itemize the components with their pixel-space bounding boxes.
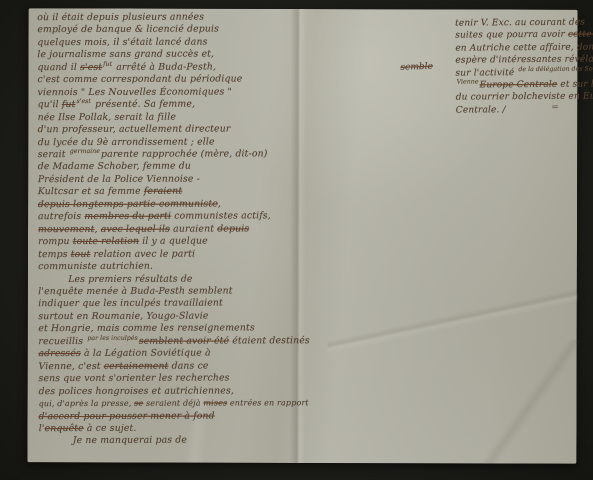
handwritten-text: qu'il xyxy=(38,99,62,110)
photo-of-manuscript: où il était depuis plusieurs annéesemplo… xyxy=(0,0,593,480)
struck-text: fut xyxy=(62,99,76,110)
struck-text: adressés xyxy=(38,348,81,359)
left-page-text: où il était depuis plusieurs annéesemplo… xyxy=(37,11,310,448)
struck-text: avec lequel ils xyxy=(101,223,170,234)
handwritten-text: il y a quelque xyxy=(139,236,208,247)
manuscript-line: autrefois membres du parti communistes a… xyxy=(38,210,309,223)
handwritten-text: et sur l'organisation xyxy=(557,79,593,90)
inserted-text: s'est xyxy=(75,98,91,105)
handwritten-text: le journalisme sans grand succès et, xyxy=(37,49,214,61)
struck-text: semblent avoir été xyxy=(139,335,229,346)
manuscript-line: tenir V. Exc. au courant des xyxy=(455,16,593,30)
handwritten-text: suites que pourra avoir xyxy=(455,30,568,41)
manuscript-line: recueillis par les inculpéssemblent avoi… xyxy=(38,335,309,348)
handwritten-text: l'enquête menée à Buda-Pesth semblent xyxy=(38,285,232,297)
handwritten-text: des polices hongroises et autrichiennes, xyxy=(39,385,234,397)
struck-text: mouvement xyxy=(38,224,95,235)
manuscript-line: adressés à la Légation Soviétique à xyxy=(38,347,309,360)
manuscript-line: qu'il futs'est présenté. Sa femme, xyxy=(38,98,309,111)
handwritten-text: présenté. Sa femme, xyxy=(92,99,195,110)
right-page-text: tenir V. Exc. au courant dessuites que p… xyxy=(455,16,593,117)
handwritten-text: autrefois xyxy=(38,211,84,222)
inserted-text: germaine xyxy=(69,148,101,155)
manuscript-line: d'un professeur, actuellement directeur xyxy=(38,123,309,136)
manuscript-line: temps tout relation avec le parti xyxy=(38,248,309,261)
handwritten-text: seraient déjà xyxy=(143,399,203,408)
struck-text: certainement xyxy=(104,360,169,371)
handwritten-text: employé de banque & licencié depuis xyxy=(37,24,219,36)
manuscript-line: Président de la Police Viennoise - xyxy=(38,173,309,186)
handwritten-text: serait xyxy=(38,149,69,160)
handwritten-text: étaient destinés xyxy=(229,335,310,346)
handwritten-text: Président de la Police Viennoise - xyxy=(38,173,200,185)
manuscript-line: qui, d'après la presse, se seraient déjà… xyxy=(39,397,310,410)
manuscript-line: Kultcsar et sa femme feraient xyxy=(38,186,309,199)
handwritten-text: sens que vont s'orienter les recherches xyxy=(39,373,230,385)
manuscript-line: indiquer que les inculpés travaillaient xyxy=(38,298,309,311)
manuscript-line: Je ne manquerai pas de xyxy=(39,435,310,448)
struck-text: Europe Centrale xyxy=(480,80,558,91)
manuscript-line: en Autriche cette affaire, dont on xyxy=(455,41,593,55)
handwritten-text: du courrier bolcheviste en Europe xyxy=(456,92,593,103)
handwritten-text: rompu xyxy=(38,236,73,247)
manuscript-line: serait germaineparente rapprochée (mère,… xyxy=(38,148,309,161)
handwritten-text: entrées en rapport xyxy=(227,398,309,407)
manuscript-line: rompu toute relation il y a quelque xyxy=(38,235,309,248)
handwritten-text: Vienne, c'est xyxy=(38,361,103,372)
handwritten-text: arrêté à Buda-Pesth, xyxy=(113,61,216,72)
struck-text: toute relation xyxy=(73,236,139,247)
inserted-text: par les inculpés xyxy=(86,335,138,342)
struck-text: mises xyxy=(203,399,227,408)
manuscript-line: d'accord pour pousser mener à fond xyxy=(39,410,310,423)
struck-text: d'accord pour pousser mener à fond xyxy=(39,410,215,422)
handwritten-text: à ce sujet. xyxy=(84,423,137,434)
manuscript-line: Vienne, c'est certainement dans ce xyxy=(38,360,309,373)
handwritten-text: dans ce xyxy=(168,360,208,371)
inserted-text: de la délégation des Soviets à xyxy=(517,65,593,73)
handwritten-text: du lycée du 9è arrondissement ; elle xyxy=(38,136,215,148)
manuscript-line: employé de banque & licencié depuis xyxy=(37,24,308,37)
inserted-text: fut xyxy=(102,61,113,68)
handwritten-text: d'un professeur, actuellement directeur xyxy=(38,124,231,136)
manuscript-line: quelques mois, il s'était lancé dans xyxy=(37,36,308,49)
manuscript-line: Centrale. / xyxy=(456,103,593,117)
handwritten-text: Centrale. / xyxy=(456,105,506,115)
handwritten-text: de Madame Schober, femme du xyxy=(38,161,191,173)
handwritten-text: temps xyxy=(38,249,71,260)
struck-text: se xyxy=(134,399,143,408)
manuscript-line: l'enquête menée à Buda-Pesth semblent xyxy=(38,285,309,298)
manuscript-line: communiste autrichien. xyxy=(38,260,309,273)
struck-text: feraient xyxy=(144,186,182,197)
manuscript-line: née Ilse Pollak, serait la fille xyxy=(38,111,309,124)
handwritten-text: et Hongrie, mais comme les renseignement… xyxy=(38,323,254,335)
manuscript-line: Les premiers résultats de xyxy=(38,273,309,286)
handwritten-text: surtout en Roumanie, Yougo-Slavie xyxy=(38,310,208,322)
paper-crease xyxy=(328,259,578,380)
struck-text: enquête xyxy=(45,423,84,434)
struck-text: tout xyxy=(71,249,91,260)
manuscript-line: quand il s'estfut arrêté à Buda-Pesth, xyxy=(37,61,308,74)
handwritten-text: Kultcsar et sa femme xyxy=(38,186,144,197)
manuscript-line: et Hongrie, mais comme les renseignement… xyxy=(38,323,309,336)
manuscript-line: sens que vont s'orienter les recherches xyxy=(39,372,310,385)
fold-notch xyxy=(258,0,272,6)
handwritten-text: espère d'intéressantes révélations xyxy=(455,55,593,66)
handwritten-text: tenir V. Exc. au courant des xyxy=(455,18,585,29)
manuscript-line: mouvement, avec lequel ils auraient depu… xyxy=(38,223,309,236)
struck-text: membres du parti xyxy=(84,211,171,222)
handwritten-text: communiste autrichien. xyxy=(38,261,153,272)
handwritten-text: auraient xyxy=(170,223,217,234)
manuscript-line: du courrier bolcheviste en Europe xyxy=(456,90,593,104)
struck-text: cette affaire xyxy=(568,30,593,40)
manuscript-line: le journalisme sans grand succès et, xyxy=(37,49,308,62)
handwritten-text: parente rapprochée (mère, dit-on) xyxy=(101,148,268,160)
handwritten-text: recueillis xyxy=(38,336,86,347)
handwritten-text: quand il xyxy=(37,62,80,73)
manuscript-line: c'est comme correspondant du périodique xyxy=(37,73,308,86)
handwritten-text: , xyxy=(218,198,221,209)
handwritten-text: quelques mois, il s'était lancé dans xyxy=(37,36,207,48)
handwritten-text: où il était depuis plusieurs années xyxy=(37,12,204,24)
manuscript-line: où il était depuis plusieurs années xyxy=(37,11,308,24)
handwritten-text: c'est comme correspondant du périodique xyxy=(37,74,242,86)
struck-text: depuis longtemps partie communiste xyxy=(38,198,218,210)
handwritten-text: sur l'activité xyxy=(455,68,517,78)
handwritten-text: qui, d'après la presse, xyxy=(39,399,135,408)
handwritten-text: communistes actifs, xyxy=(171,211,271,222)
paper-crease xyxy=(457,339,593,463)
manuscript-line: VienneEurope Centrale et sur l'organisat… xyxy=(456,78,593,92)
handwritten-text: Je ne manquerai pas de xyxy=(73,435,187,446)
handwritten-text: indiquer que les inculpés travaillaient xyxy=(38,298,223,310)
struck-text: s'est xyxy=(80,62,102,73)
handwritten-text: en Autriche cette affaire, dont on xyxy=(455,42,593,53)
manuscript-line: l'enquête à ce sujet. xyxy=(39,422,310,435)
handwritten-text: relation avec le parti xyxy=(90,248,195,259)
manuscript-line: surtout en Roumanie, Yougo-Slavie xyxy=(38,310,309,323)
manuscript-line: suites que pourra avoir cette affaire xyxy=(455,28,593,42)
handwritten-text: viennois " Les Nouvelles Économiques " xyxy=(38,86,232,98)
paraph-mark: = xyxy=(551,102,558,112)
margin-note-struck-word: semble xyxy=(400,62,433,73)
inserted-text: Vienne xyxy=(456,78,480,85)
handwritten-text: née Ilse Pollak, serait la fille xyxy=(38,111,176,122)
struck-text: depuis xyxy=(217,223,249,234)
manuscript-sheet: où il était depuis plusieurs annéesemplo… xyxy=(27,8,577,463)
handwritten-text: à la Légation Soviétique à xyxy=(81,348,211,359)
manuscript-line: des polices hongroises et autrichiennes, xyxy=(39,385,310,398)
handwritten-text: Les premiers résultats de xyxy=(68,273,192,284)
manuscript-line: de Madame Schober, femme du xyxy=(38,161,309,174)
manuscript-line: depuis longtemps partie communiste, xyxy=(38,198,309,211)
